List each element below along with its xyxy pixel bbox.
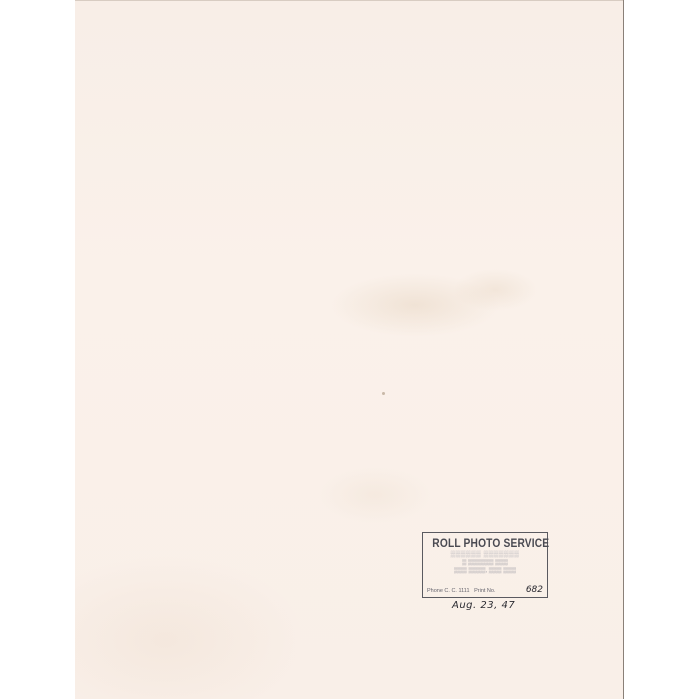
- stamp-faint-line-3: ▒▒▒ ▒▒▒▒, ▒▒▒ ▒▒▒: [423, 567, 547, 575]
- handwritten-date: Aug. 23, 47: [452, 600, 515, 611]
- paper-speck: [382, 392, 385, 395]
- stamp-phone: Phone C. C. 1111: [427, 588, 470, 594]
- photo-service-stamp: ROLL PHOTO SERVICE ▒▒▒▒▒▒ ▒▒▒▒▒▒▒ ▒ ▒▒▒▒…: [422, 532, 548, 598]
- print-number: 682: [526, 585, 543, 595]
- stamp-faint-line-1: ▒▒▒▒▒▒ ▒▒▒▒▒▒▒: [423, 551, 547, 559]
- stamp-title: ROLL PHOTO SERVICE: [432, 536, 537, 550]
- stamp-print-label: Print No.: [474, 588, 495, 594]
- stamp-faint-line-2: ▒ ▒▒▒▒▒▒ ▒▒▒: [423, 559, 547, 567]
